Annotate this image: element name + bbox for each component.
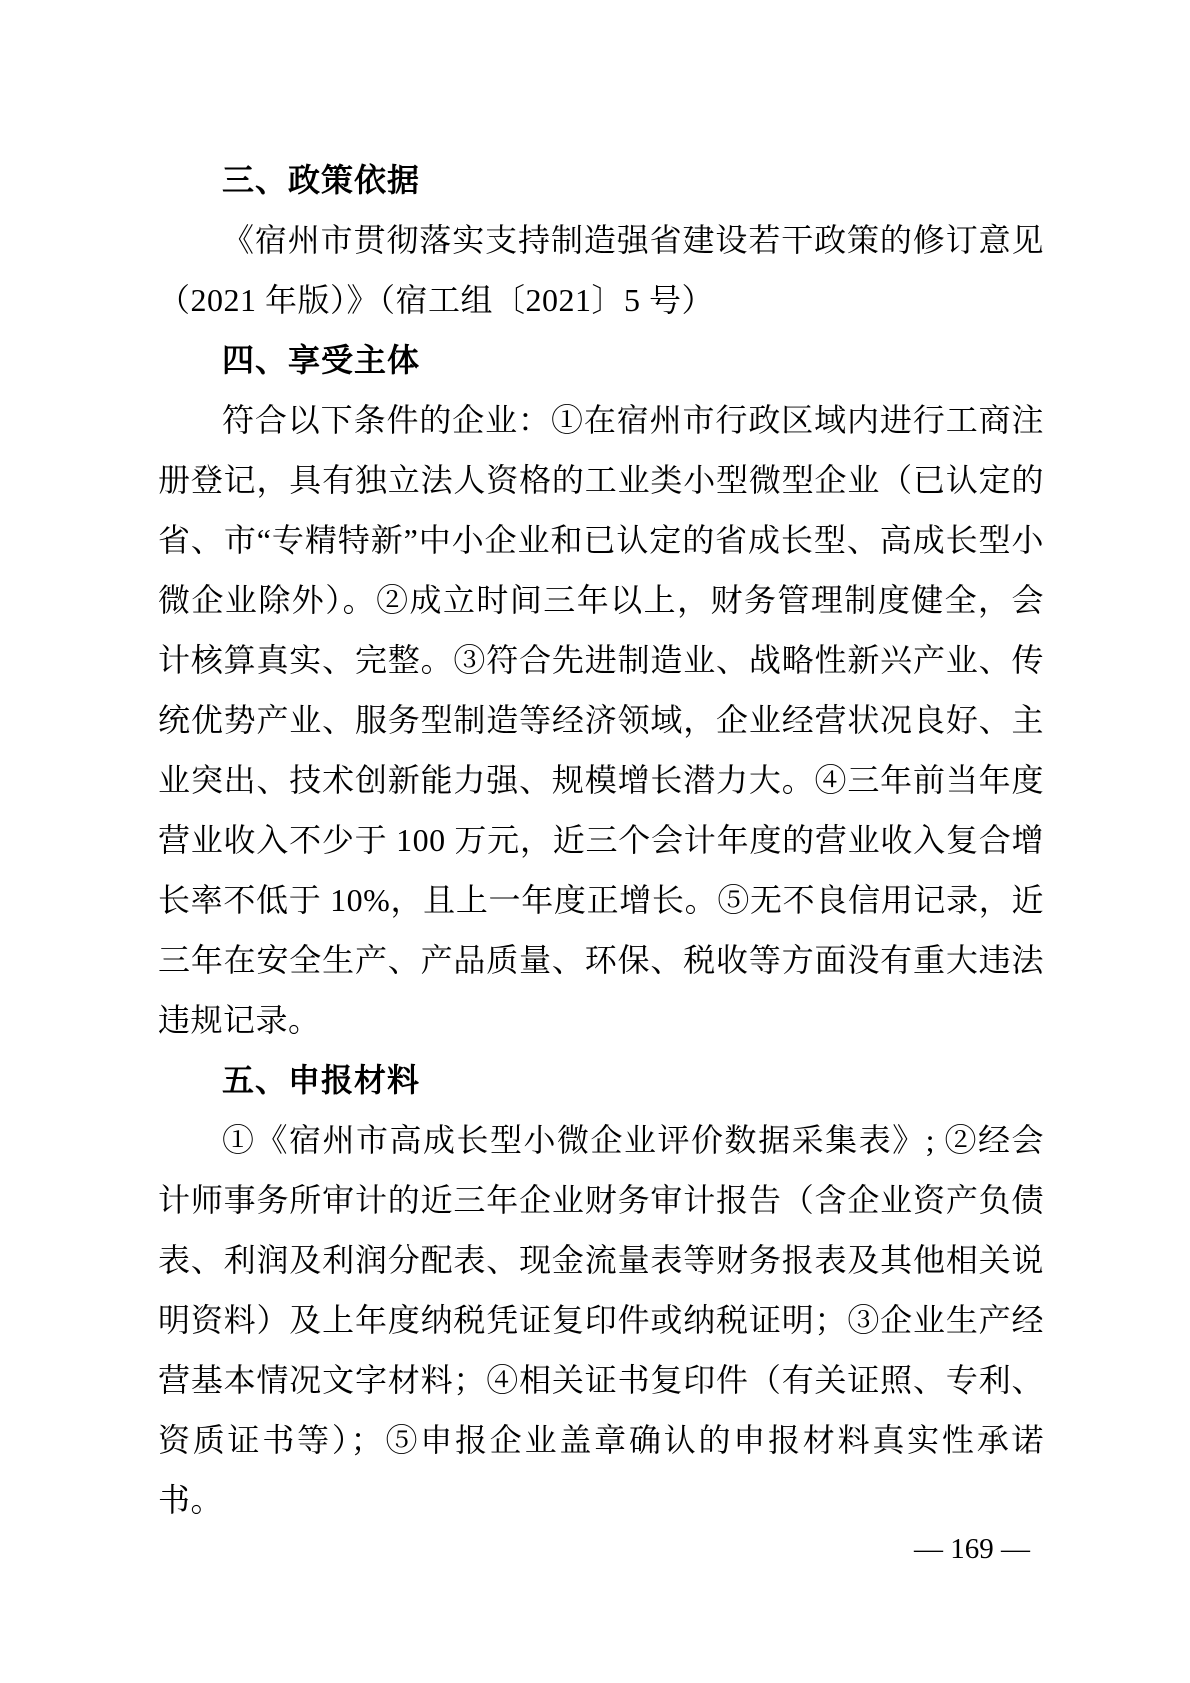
page-number: — 169 — <box>914 1533 1030 1565</box>
paragraph-eligible-entities: 符合以下条件的企业：①在宿州市行政区域内进行工商注册登记，具有独立法人资格的工业… <box>158 390 1044 1050</box>
section-heading-eligible-entities: 四、享受主体 <box>158 330 1044 390</box>
section-heading-policy-basis: 三、政策依据 <box>158 150 1044 210</box>
paragraph-application-materials: ①《宿州市高成长型小微企业评价数据采集表》; ②经会计师事务所审计的近三年企业财… <box>158 1110 1044 1530</box>
section-application-materials: 五、申报材料 ①《宿州市高成长型小微企业评价数据采集表》; ②经会计师事务所审计… <box>158 1050 1044 1530</box>
section-eligible-entities: 四、享受主体 符合以下条件的企业：①在宿州市行政区域内进行工商注册登记，具有独立… <box>158 330 1044 1050</box>
section-policy-basis: 三、政策依据 《宿州市贯彻落实支持制造强省建设若干政策的修订意见（2021 年版… <box>158 150 1044 330</box>
page-footer: — 169 — <box>914 1533 1030 1565</box>
document-page: 三、政策依据 《宿州市贯彻落实支持制造强省建设若干政策的修订意见（2021 年版… <box>0 0 1190 1683</box>
section-heading-application-materials: 五、申报材料 <box>158 1050 1044 1110</box>
paragraph-policy-basis: 《宿州市贯彻落实支持制造强省建设若干政策的修订意见（2021 年版）》（宿工组〔… <box>158 210 1044 330</box>
